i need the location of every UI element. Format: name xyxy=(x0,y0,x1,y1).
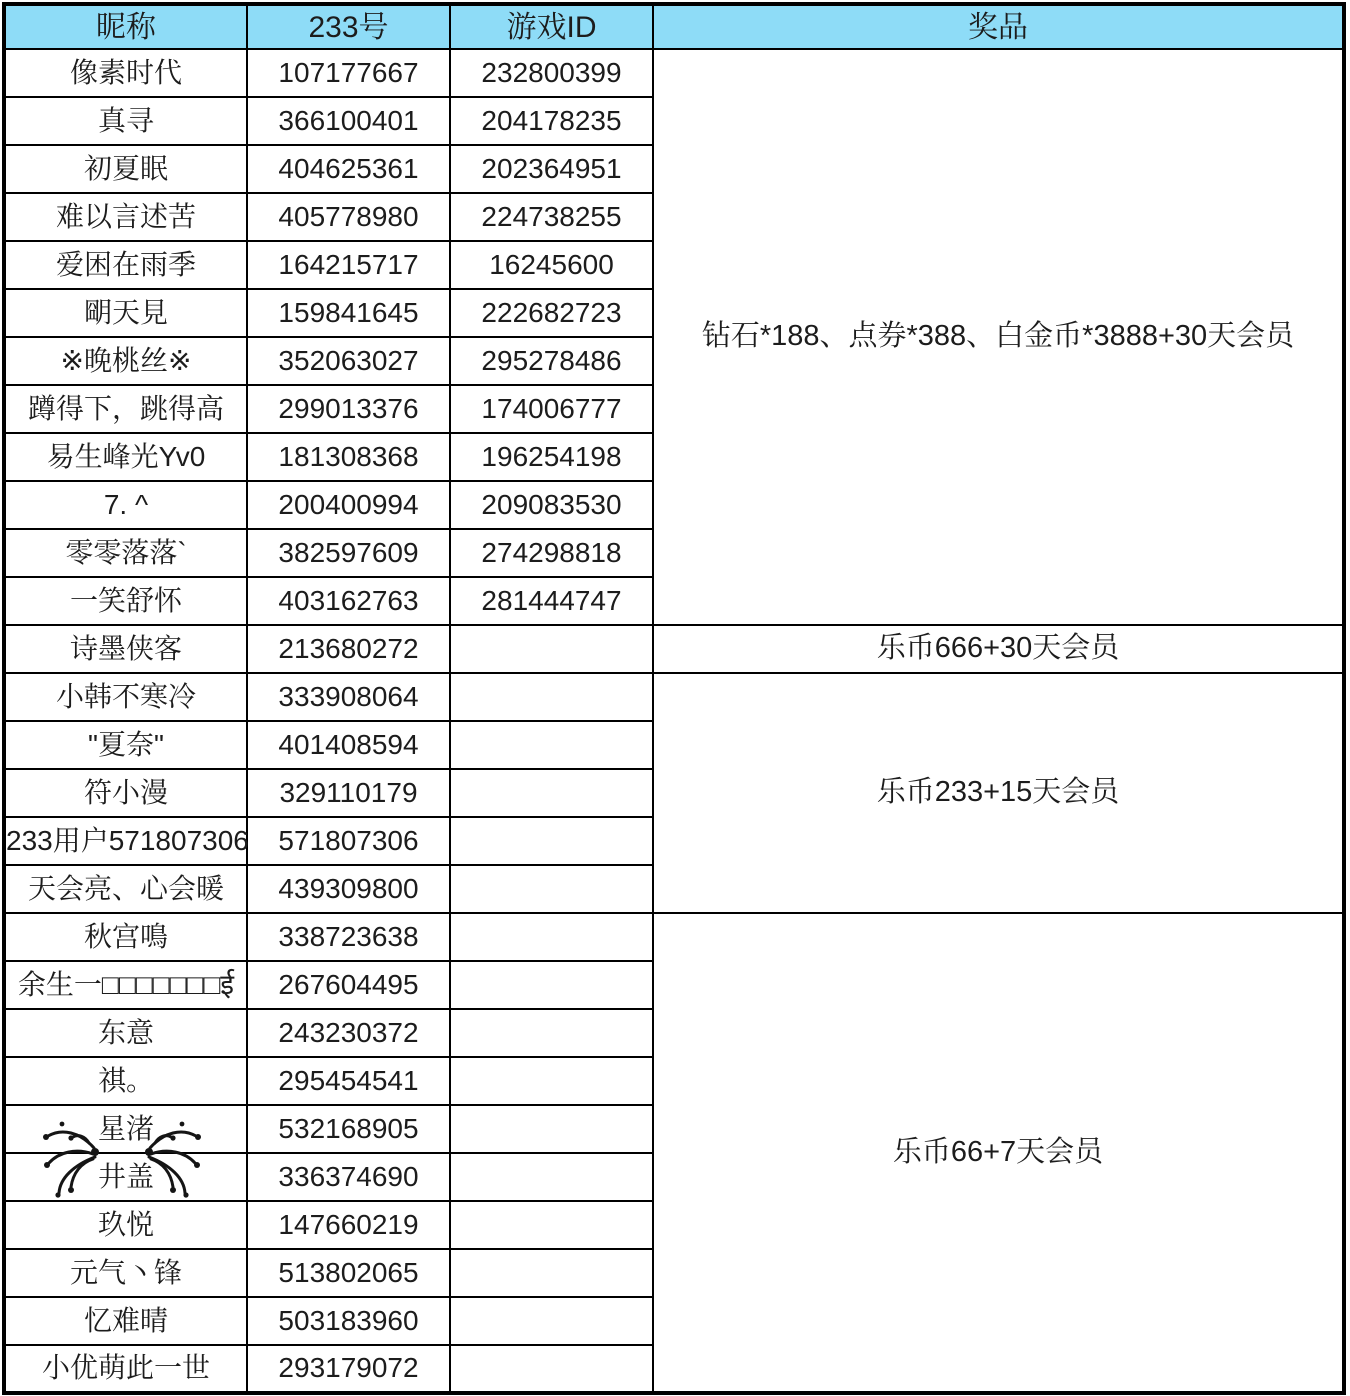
nickname-cell: 像素时代 xyxy=(4,49,247,97)
nickname-cell: 7. ^ xyxy=(4,481,247,529)
account-cell: 336374690 xyxy=(247,1153,450,1201)
account-cell: 159841645 xyxy=(247,289,450,337)
account-cell: 382597609 xyxy=(247,529,450,577)
account-cell: 200400994 xyxy=(247,481,450,529)
account-cell: 299013376 xyxy=(247,385,450,433)
account-cell: 503183960 xyxy=(247,1297,450,1345)
nickname-cell: 诗墨侠客 xyxy=(4,625,247,673)
game-id-cell: 295278486 xyxy=(450,337,653,385)
account-cell: 513802065 xyxy=(247,1249,450,1297)
prize-cell: 乐币233+15天会员 xyxy=(653,673,1344,913)
account-cell: 571807306 xyxy=(247,817,450,865)
game-id-cell xyxy=(450,1009,653,1057)
account-cell: 243230372 xyxy=(247,1009,450,1057)
table-row: 秋宫鳴 338723638 乐币66+7天会员 xyxy=(4,913,1344,961)
nickname-cell: 朙天見 xyxy=(4,289,247,337)
nickname-cell: ※晚桃丝※ xyxy=(4,337,247,385)
account-cell: 333908064 xyxy=(247,673,450,721)
table-row: 像素时代 107177667 232800399 钻石*188、点券*388、白… xyxy=(4,49,1344,97)
nickname-cell: 真寻 xyxy=(4,97,247,145)
account-cell: 439309800 xyxy=(247,865,450,913)
account-cell: 295454541 xyxy=(247,1057,450,1105)
account-cell: 366100401 xyxy=(247,97,450,145)
game-id-cell xyxy=(450,1345,653,1393)
game-id-cell xyxy=(450,817,653,865)
game-id-cell xyxy=(450,1249,653,1297)
nickname-cell: 玖悦 xyxy=(4,1201,247,1249)
account-cell: 403162763 xyxy=(247,577,450,625)
column-header-game-id: 游戏ID xyxy=(450,4,653,49)
account-cell: 147660219 xyxy=(247,1201,450,1249)
account-cell: 401408594 xyxy=(247,721,450,769)
nickname-cell: 余生一□□□□□□□ई xyxy=(4,961,247,1009)
table-row: 小韩不寒冷 333908064 乐币233+15天会员 xyxy=(4,673,1344,721)
nickname-cell: 难以言述苦 xyxy=(4,193,247,241)
game-id-cell xyxy=(450,769,653,817)
nickname-cell: 小优萌此一世 xyxy=(4,1345,247,1393)
column-header-nickname: 昵称 xyxy=(4,4,247,49)
nickname-text: 星渚 xyxy=(98,1113,154,1144)
game-id-cell xyxy=(450,1105,653,1153)
nickname-cell: 初夏眠 xyxy=(4,145,247,193)
game-id-cell: 224738255 xyxy=(450,193,653,241)
game-id-cell xyxy=(450,961,653,1009)
account-cell: 293179072 xyxy=(247,1345,450,1393)
nickname-cell: 小韩不寒冷 xyxy=(4,673,247,721)
account-cell: 181308368 xyxy=(247,433,450,481)
account-cell: 213680272 xyxy=(247,625,450,673)
game-id-cell: 16245600 xyxy=(450,241,653,289)
nickname-cell: 蹲得下，跳得高 xyxy=(4,385,247,433)
game-id-cell: 196254198 xyxy=(450,433,653,481)
nickname-cell: 忆难晴 xyxy=(4,1297,247,1345)
nickname-cell: 233用户571807306 xyxy=(4,817,247,865)
game-id-cell: 281444747 xyxy=(450,577,653,625)
game-id-cell xyxy=(450,1201,653,1249)
header-row: 昵称 233号 游戏ID 奖品 xyxy=(4,4,1344,49)
game-id-cell xyxy=(450,865,653,913)
nickname-cell: 星渚 xyxy=(4,1105,247,1153)
nickname-cell: 爱困在雨季 xyxy=(4,241,247,289)
account-cell: 405778980 xyxy=(247,193,450,241)
nickname-cell: 天会亮、心会暖 xyxy=(4,865,247,913)
nickname-cell: 祺。 xyxy=(4,1057,247,1105)
account-cell: 329110179 xyxy=(247,769,450,817)
nickname-cell: "夏奈" xyxy=(4,721,247,769)
game-id-cell: 274298818 xyxy=(450,529,653,577)
account-cell: 532168905 xyxy=(247,1105,450,1153)
game-id-cell xyxy=(450,1057,653,1105)
nickname-cell: 易生峰光Yv0 xyxy=(4,433,247,481)
game-id-cell xyxy=(450,1153,653,1201)
game-id-cell xyxy=(450,721,653,769)
account-cell: 338723638 xyxy=(247,913,450,961)
game-id-cell xyxy=(450,625,653,673)
nickname-cell: 元气丶锋 xyxy=(4,1249,247,1297)
nickname-cell: 秋宫鳴 xyxy=(4,913,247,961)
nickname-cell: 零零落落` xyxy=(4,529,247,577)
game-id-cell: 232800399 xyxy=(450,49,653,97)
column-header-account: 233号 xyxy=(247,4,450,49)
game-id-cell xyxy=(450,673,653,721)
nickname-cell: 一笑舒怀 xyxy=(4,577,247,625)
nickname-cell: 井盖 xyxy=(4,1153,247,1201)
account-cell: 352063027 xyxy=(247,337,450,385)
table-row: 诗墨侠客 213680272 乐币666+30天会员 xyxy=(4,625,1344,673)
account-cell: 404625361 xyxy=(247,145,450,193)
column-header-prize: 奖品 xyxy=(653,4,1344,49)
prize-cell: 乐币66+7天会员 xyxy=(653,913,1344,1393)
game-id-cell: 202364951 xyxy=(450,145,653,193)
nickname-cell: 符小漫 xyxy=(4,769,247,817)
account-cell: 164215717 xyxy=(247,241,450,289)
game-id-cell: 204178235 xyxy=(450,97,653,145)
prize-cell: 钻石*188、点券*388、白金币*3888+30天会员 xyxy=(653,49,1344,625)
game-id-cell: 174006777 xyxy=(450,385,653,433)
prize-cell: 乐币666+30天会员 xyxy=(653,625,1344,673)
nickname-cell: 东意 xyxy=(4,1009,247,1057)
game-id-cell xyxy=(450,913,653,961)
game-id-cell xyxy=(450,1297,653,1345)
account-cell: 107177667 xyxy=(247,49,450,97)
game-id-cell: 222682723 xyxy=(450,289,653,337)
account-cell: 267604495 xyxy=(247,961,450,1009)
game-id-cell: 209083530 xyxy=(450,481,653,529)
winners-table: 昵称 233号 游戏ID 奖品 像素时代 107177667 232800399… xyxy=(2,2,1346,1395)
